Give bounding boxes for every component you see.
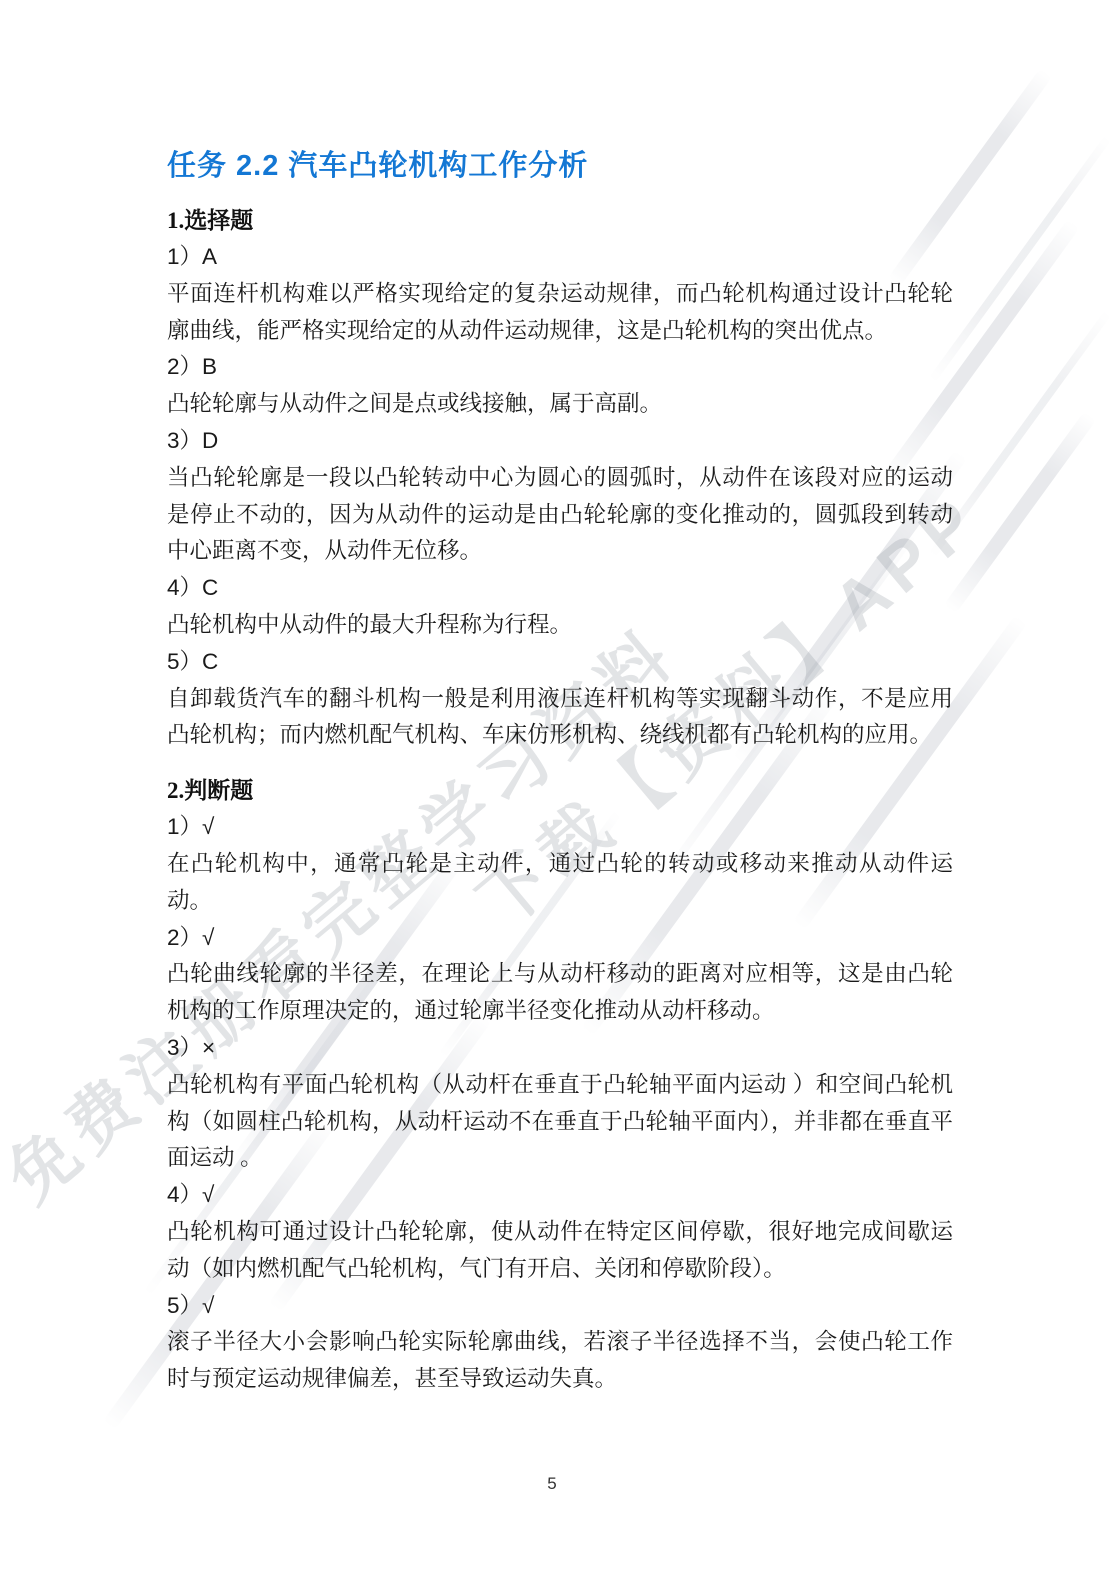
answer-label: 1）A <box>167 239 953 276</box>
answer-explanation: 凸轮轮廓与从动件之间是点或线接触，属于高副。 <box>167 386 953 423</box>
answer-label: 5）C <box>167 644 953 681</box>
answer-label: 4）√ <box>167 1177 953 1214</box>
page-number: 5 <box>0 1474 1104 1494</box>
watermark-streak <box>929 135 1112 382</box>
answer-label: 4）C <box>167 570 953 607</box>
answer-label: 1）√ <box>167 809 953 846</box>
answer-label: 3）× <box>167 1030 953 1067</box>
answer-explanation: 凸轮机构可通过设计凸轮轮廓，使从动件在特定区间停歇，很好地完成间歇运动（如内燃机… <box>167 1214 953 1288</box>
section-choice-questions: 1.选择题 1）A 平面连杆机构难以严格实现给定的复杂运动规律，而凸轮机构通过设… <box>167 202 953 754</box>
answer-explanation: 平面连杆机构难以严格实现给定的复杂运动规律，而凸轮机构通过设计凸轮轮廓曲线，能严… <box>167 276 953 350</box>
document-page: 免费注册看完整学习资料 下载【资料】APP 任务 2.2 汽车凸轮机构工作分析 … <box>0 0 1116 1579</box>
page-title: 任务 2.2 汽车凸轮机构工作分析 <box>167 146 953 186</box>
watermark-streak <box>929 310 1112 557</box>
answer-label: 2）B <box>167 349 953 386</box>
answer-label: 3）D <box>167 423 953 460</box>
answer-explanation: 在凸轮机构中，通常凸轮是主动件，通过凸轮的转动或移动来推动从动件运动。 <box>167 846 953 920</box>
answer-explanation: 滚子半径大小会影响凸轮实际轮廓曲线，若滚子半径选择不当，会使凸轮工作时与预定运动… <box>167 1324 953 1398</box>
document-content: 任务 2.2 汽车凸轮机构工作分析 1.选择题 1）A 平面连杆机构难以严格实现… <box>167 146 953 1398</box>
answer-explanation: 凸轮机构中从动件的最大升程称为行程。 <box>167 607 953 644</box>
answer-explanation: 自卸载货汽车的翻斗机构一般是利用液压连杆机构等实现翻斗动作，不是应用凸轮机构；而… <box>167 681 953 755</box>
section-heading-choice: 1.选择题 <box>167 202 953 239</box>
answer-explanation: 当凸轮轮廓是一段以凸轮转动中心为圆心的圆弧时，从动件在该段对应的运动是停止不动的… <box>167 460 953 570</box>
watermark-streak <box>943 411 1096 614</box>
answer-label: 2）√ <box>167 920 953 957</box>
answer-label: 5）√ <box>167 1288 953 1325</box>
answer-explanation: 凸轮曲线轮廓的半径差，在理论上与从动杆移动的距离对应相等，这是由凸轮机构的工作原… <box>167 956 953 1030</box>
answer-explanation: 凸轮机构有平面凸轮机构（从动杆在垂直于凸轮轴平面内运动 ）和空间凸轮机构（如圆柱… <box>167 1067 953 1177</box>
section-true-false-questions: 2.判断题 1）√ 在凸轮机构中，通常凸轮是主动件，通过凸轮的转动或移动来推动从… <box>167 772 953 1398</box>
section-heading-true-false: 2.判断题 <box>167 772 953 809</box>
